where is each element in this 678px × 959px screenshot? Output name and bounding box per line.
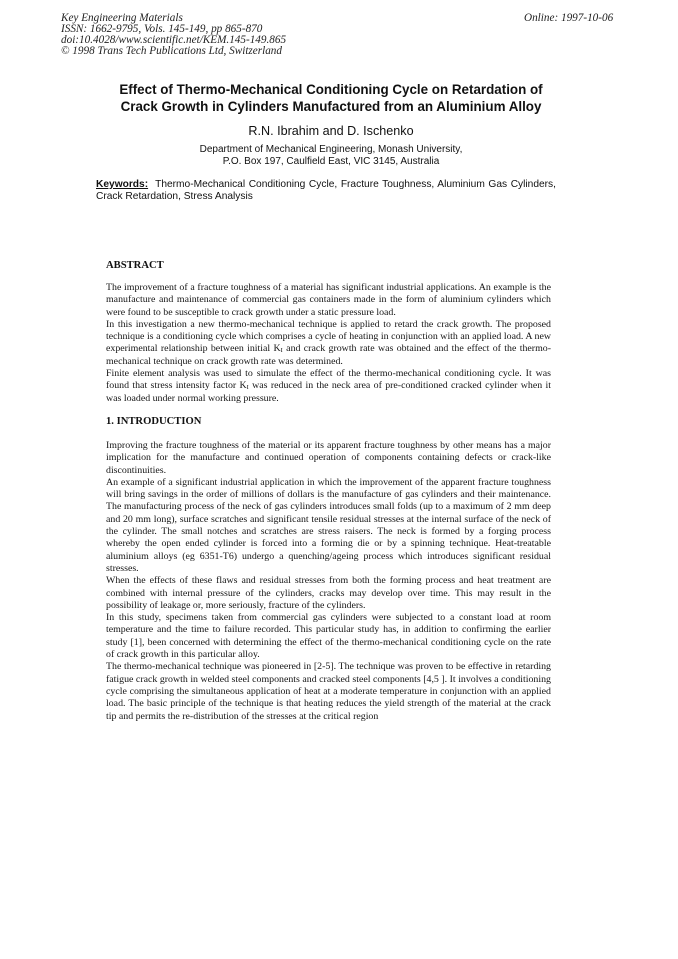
keywords-list: Thermo-Mechanical Conditioning Cycle, Fr… [96, 179, 556, 202]
intro-paragraph: In this study, specimens taken from comm… [106, 612, 551, 661]
paper-title: Effect of Thermo-Mechanical Conditioning… [96, 81, 566, 115]
authors: R.N. Ibrahim and D. Ischenko [96, 124, 566, 139]
abstract-heading: ABSTRACT [106, 260, 164, 272]
intro-paragraph: The thermo-mechanical technique was pion… [106, 661, 551, 722]
copyright-line: © 1998 Trans Tech Publications Ltd, Swit… [61, 46, 286, 57]
abstract-paragraph: Finite element analysis was used to simu… [106, 368, 551, 405]
introduction-heading: 1. INTRODUCTION [106, 416, 201, 428]
abstract-paragraph: The improvement of a fracture toughness … [106, 282, 551, 319]
abstract-body: The improvement of a fracture toughness … [106, 282, 551, 405]
title-line-2: Crack Growth in Cylinders Manufactured f… [96, 98, 566, 115]
online-date: Online: 1997-10-06 [524, 13, 613, 24]
intro-paragraph: Improving the fracture toughness of the … [106, 440, 551, 477]
intro-paragraph: An example of a significant industrial a… [106, 477, 551, 575]
affiliation-line-2: P.O. Box 197, Caulfield East, VIC 3145, … [96, 156, 566, 168]
publication-metadata: Key Engineering Materials ISSN: 1662-979… [61, 13, 286, 57]
affiliation: Department of Mechanical Engineering, Mo… [96, 144, 566, 168]
intro-paragraph: When the effects of these flaws and resi… [106, 575, 551, 612]
keywords: Keywords: Thermo-Mechanical Conditioning… [96, 179, 556, 203]
title-line-1: Effect of Thermo-Mechanical Conditioning… [96, 81, 566, 98]
keywords-label: Keywords: [96, 179, 148, 190]
abstract-paragraph: In this investigation a new thermo-mecha… [106, 319, 551, 368]
affiliation-line-1: Department of Mechanical Engineering, Mo… [96, 144, 566, 156]
introduction-body: Improving the fracture toughness of the … [106, 440, 551, 723]
